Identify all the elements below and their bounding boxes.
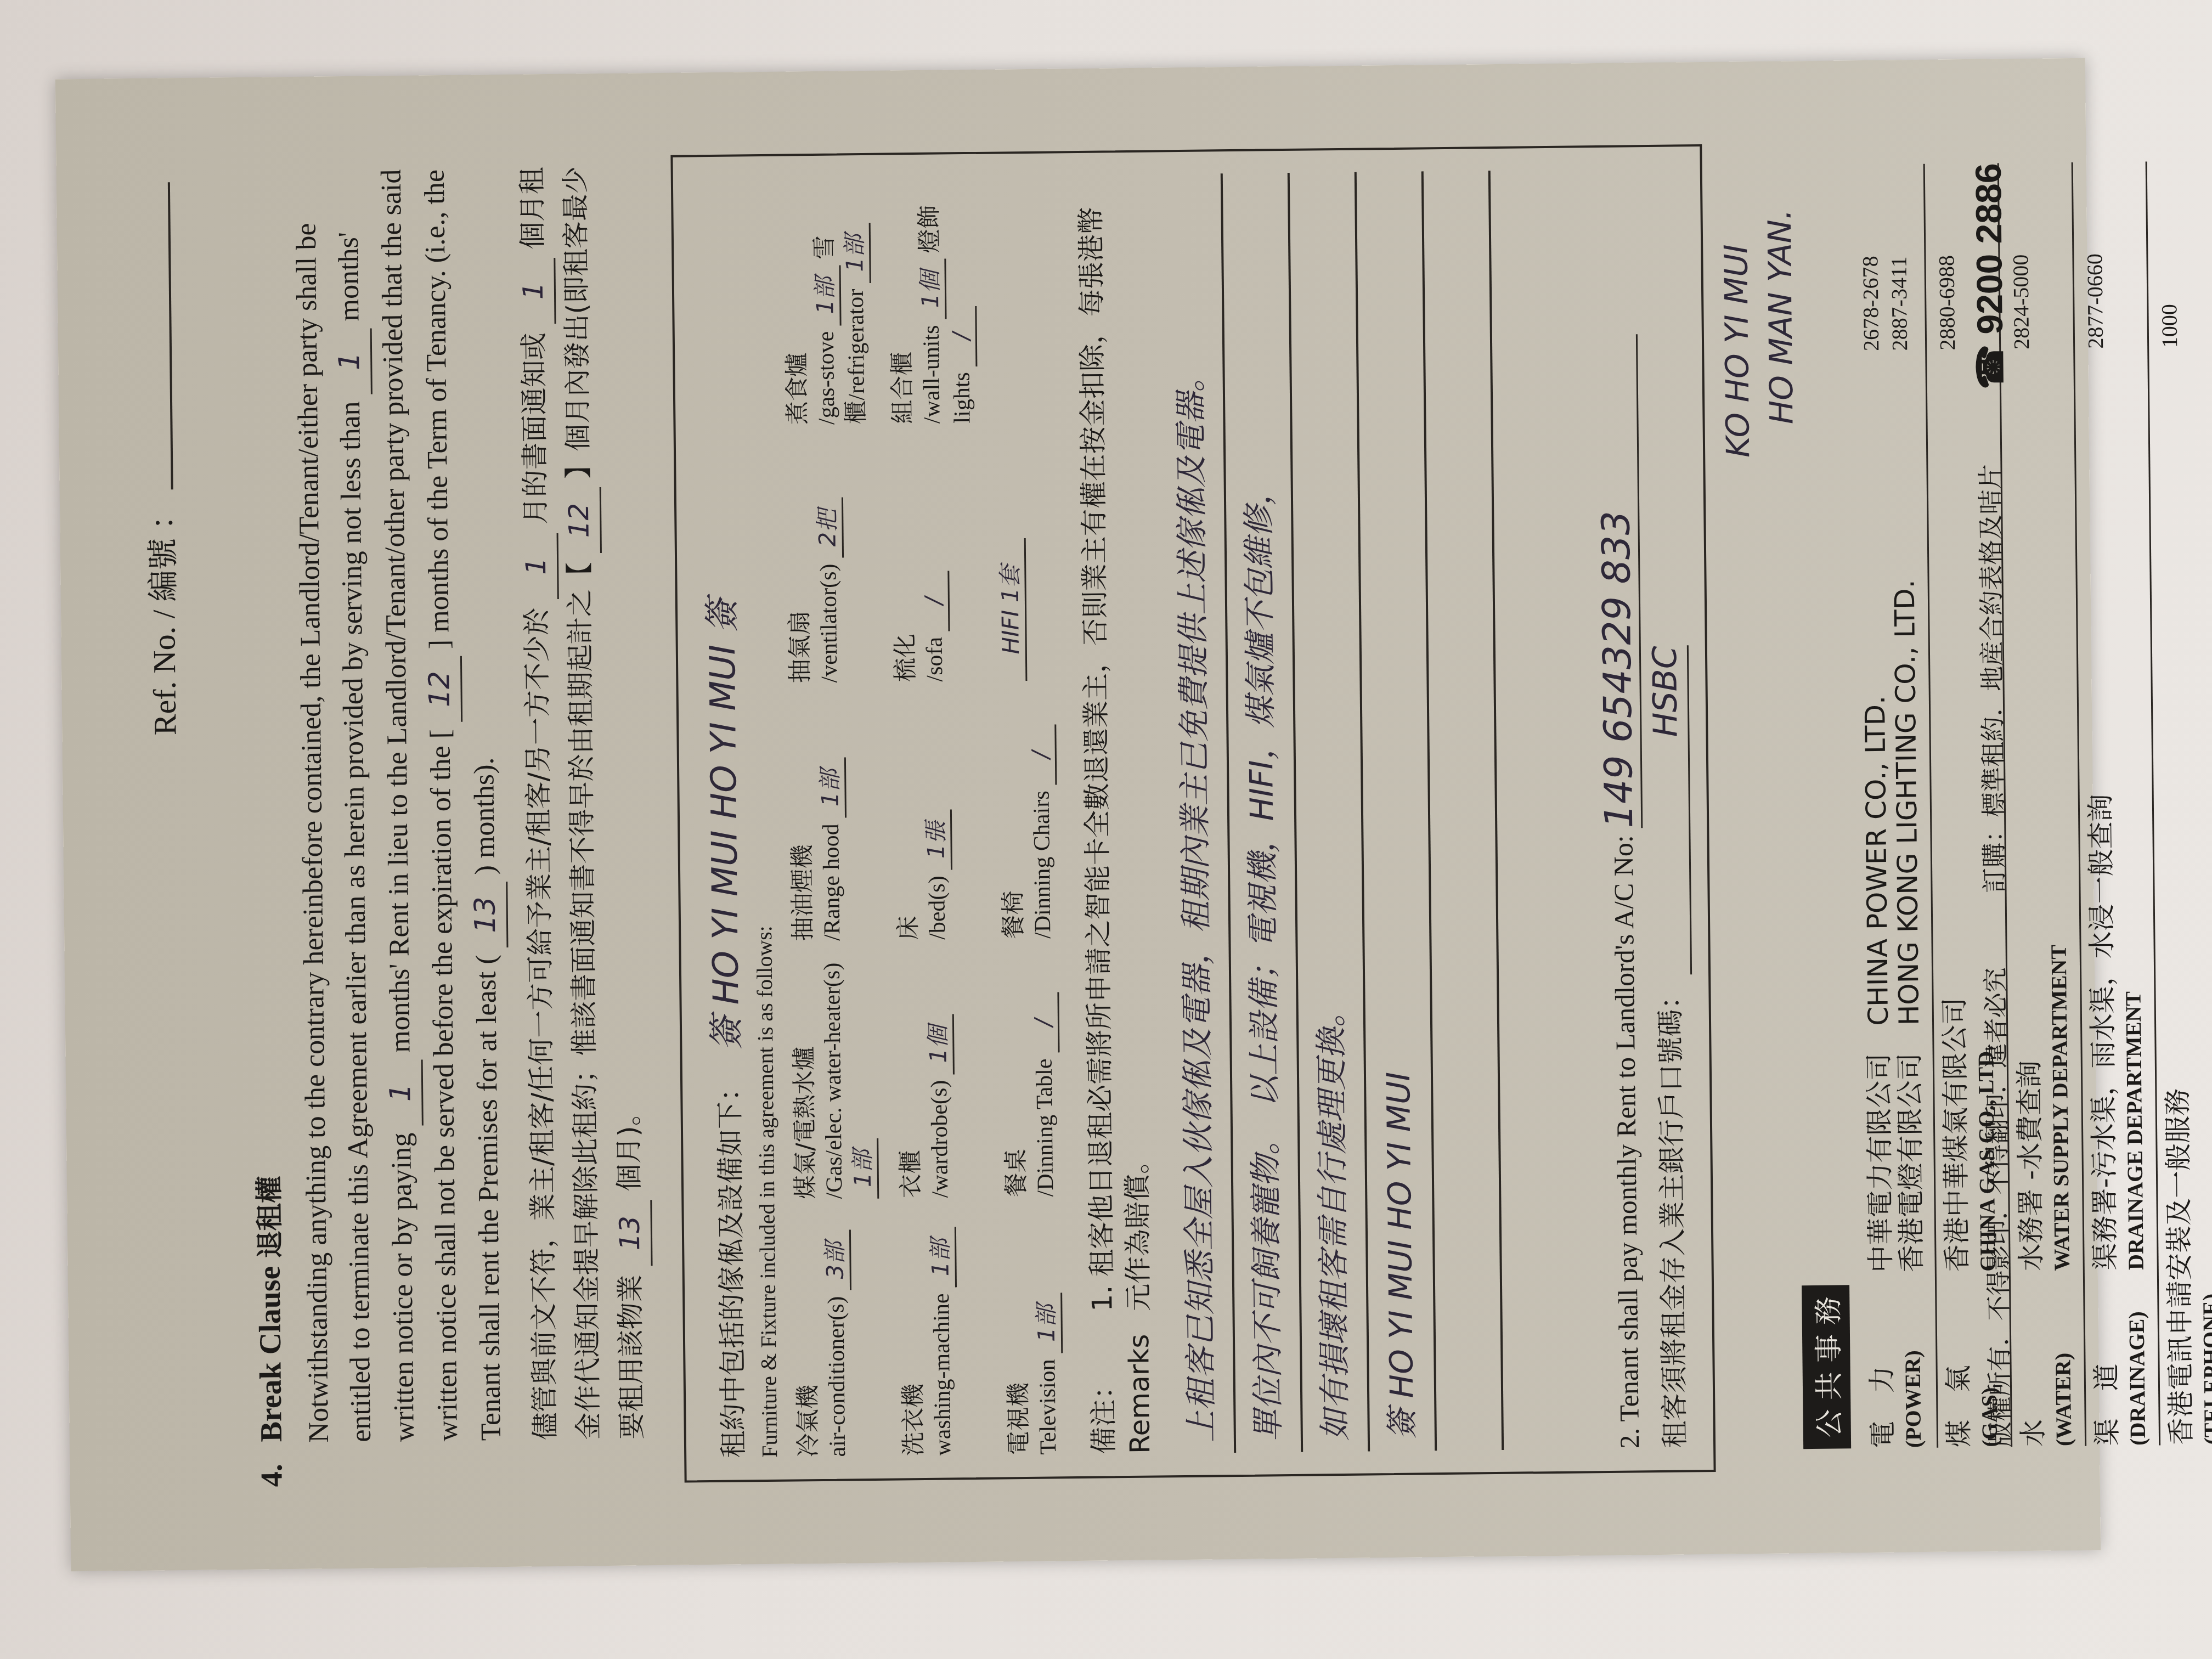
furniture-item: 組合櫃/wall-units 1個 燈飾lights / (887, 176, 978, 424)
item-zh: 餐桌 (1000, 950, 1031, 1197)
furniture-item: HIFI 1套 (995, 433, 1056, 681)
item-en: washing-machine (929, 1293, 956, 1456)
expiration-months-field[interactable]: 12 (419, 656, 462, 723)
category-zh: 渠 道 (2091, 1363, 2124, 1446)
break-clause-en: Notwithstanding anything to the contrary… (285, 157, 513, 1487)
item-en: /Dinning Table (1032, 1058, 1059, 1197)
bank-name-field[interactable]: HSBC (1643, 646, 1692, 975)
item-zh: 煮食爐 (781, 178, 812, 425)
furniture-remarks-box: 租約中包括的傢俬及設備如下： 簽 HO YI MUI HO YI MUI 簽 F… (670, 144, 1716, 1483)
item-en: /Gas/elec. water-heater(s) (820, 963, 848, 1199)
item-zh: 電視機 (1003, 1208, 1034, 1455)
item-qty-field[interactable]: 1部 (816, 758, 847, 819)
item-qty-field[interactable]: 1張 (922, 809, 952, 870)
item-zh: 煤氣/電熱水爐 (789, 952, 821, 1199)
copyright-notice: 版權所有．不得影印．不得翻印．違者必究 (1976, 967, 2023, 1447)
ref-no-field[interactable] (168, 182, 173, 489)
footer-phone: ☎ 9200 2886 (1967, 163, 2012, 390)
remarks-label-zh: 備注： (1087, 1372, 1120, 1454)
item-zh: 梳化 (889, 435, 921, 682)
break-clause: 4.Break Clause 退租權 Notwithstanding anyth… (237, 155, 654, 1487)
furniture-item: 洗衣機washing-machine 1部 (898, 1208, 989, 1456)
ref-no: Ref. No. / 編號 ： (133, 182, 185, 736)
text: ) months). (469, 757, 501, 874)
item-zh: 洗衣機 (898, 1209, 929, 1457)
furniture-title: 租約中包括的傢俬及設備如下： 簽 HO YI MUI HO YI MUI 簽 F… (690, 178, 783, 1458)
item-zh: 衣櫃 (895, 951, 926, 1198)
break-clause-heading: 4.Break Clause 退租權 (237, 159, 293, 1487)
item-en: /wardrobe(s) (927, 1080, 953, 1198)
furniture-title-zh: 租約中包括的傢俬及設備如下： (714, 1074, 749, 1458)
remarks-label: 備注：Remarks (1085, 1333, 1158, 1454)
item-qty-field[interactable]: 1個 (924, 1014, 955, 1075)
item-zh: 組合櫃 (887, 177, 918, 424)
phone-number: 2887-3411 (1886, 256, 1912, 351)
name-line: KO HO YI MUI (1714, 210, 1760, 458)
remarks-label-en: Remarks (1123, 1334, 1156, 1454)
furniture-title-en: Furniture & Fixture included in this agr… (752, 926, 782, 1458)
category-en: (WATER) (2050, 1353, 2076, 1447)
utility-row: 電 力(POWER)中華電力有限公司 CHINA POWER CO., LTD.… (1849, 164, 1938, 1448)
lease-agreement-page: Ref. No. / 編號 ： 4.Break Clause 退租權 Notwi… (55, 58, 2101, 1572)
phone-icon: ☎ (1970, 345, 2011, 390)
phone-number: 2824-5000 (2008, 254, 2034, 349)
item-en: /ventilator(s) (816, 563, 842, 682)
provider: 渠務署-污水渠，雨水渠，水浸一般查詢 (2085, 794, 2121, 1271)
provider: 香港電燈有限公司 HONG KONG LIGHTING CO., LTD. (1889, 579, 1928, 1272)
item-en: Television (1035, 1359, 1061, 1455)
item-zh: 抽氣扇 (784, 436, 815, 683)
item-en: /gas-stove (814, 331, 840, 425)
ref-no-label: Ref. No. / 編號 ： (145, 498, 183, 735)
item-qty-field[interactable]: / (919, 571, 950, 631)
item-zh: 燈飾 (915, 205, 944, 253)
furniture-item: 餐桌/Dinning Table / (1000, 950, 1062, 1198)
category-en: (DRAINAGE) (2124, 1311, 2151, 1446)
remarks-line[interactable] (1424, 171, 1504, 1451)
item-qty-field[interactable]: 1個 (916, 259, 946, 320)
break-clause-zh: 儘管與前文不符，業主/租客/任何一方可給予業主/租客/另一方不少於 1 月的書面… (511, 155, 654, 1484)
item-qty-field[interactable]: / (1029, 992, 1059, 1053)
furniture-item: 電視機Television 1部 (1003, 1207, 1064, 1455)
furniture-item: 床/bed(s) 1張 (892, 692, 984, 940)
zh-min-field[interactable]: 13 (608, 1200, 652, 1266)
min-months-field[interactable]: 13 (464, 882, 508, 948)
remarks: 備注：Remarks 1. 租客他日退租必需將所申請之智能卡全數退還業主，否則業… (1073, 174, 1158, 1454)
text: Notwithstanding anything to the contrary… (291, 223, 377, 1442)
remarks-lines: 上租客已知悉全屋入伙傢俬及電器，租期內業主已免費提供上述傢俬及電器。 單位內不可… (1156, 171, 1504, 1453)
item-en: /Dinning Chairs (1029, 791, 1056, 939)
account-number-field[interactable]: 149 654329 833 (1592, 334, 1643, 828)
item-qty-field[interactable]: 1部 (848, 1138, 879, 1199)
remarks-item-1: 1. 租客他日退租必需將所申請之智能卡全數退還業主，否則業主有權在按金扣除，每張… (1073, 174, 1157, 1312)
remarks-line[interactable]: 單位內不可飼養寵物。 以上設備；電視機，HIFI，煤氣爐不包維修， (1223, 173, 1303, 1453)
item-en: lights (950, 372, 975, 424)
item-en: /wall-units (919, 325, 945, 424)
item-qty-field[interactable]: / (946, 306, 977, 366)
provider: WATER SUPPLY DEPARTMENT (2046, 945, 2074, 1271)
remarks-line[interactable]: 簽 HO YI MUI HO YI MUI (1357, 171, 1437, 1451)
order-info: 訂購：標準租約．地産合約表格及咭片 (1970, 464, 2017, 893)
furniture-signature: 簽 HO YI MUI HO YI MUI 簽 (702, 598, 748, 1051)
furniture-item: 抽油煙機/Range hood 1部 (787, 693, 878, 941)
provider: 香港中華煤氣有限公司 (1939, 997, 1973, 1272)
item-qty-field[interactable]: / (1026, 725, 1057, 786)
remarks-line[interactable]: 上租客已知悉全屋入伙傢俬及電器，租期內業主已免費提供上述傢俬及電器。 (1156, 173, 1236, 1453)
item-qty-field[interactable]: 1部 (810, 265, 841, 326)
category-zh: 電 力 (1866, 1365, 1899, 1448)
item-zh: 冷氣機 (792, 1210, 823, 1458)
furniture-list: 冷氣機air-conditioner(s) 3部 煤氣/電熱水爐/Gas/ele… (781, 175, 1064, 1457)
zh-notice-field[interactable]: 1 (515, 533, 559, 600)
phone-number: 2880-6988 (1934, 255, 1960, 351)
phone-number: 2678-2678 (1858, 256, 1883, 351)
furniture-item: 梳化/sofa / (889, 434, 981, 682)
utilities-title: 公 共 事 務 (1802, 1285, 1851, 1449)
item-zh: 餐椅 (997, 692, 1029, 939)
utility-row: 渠 道(DRAINAGE)渠務署-污水渠，雨水渠，水浸一般查詢DRAINAGE … (2073, 162, 2160, 1446)
furniture-item: 煮食爐/gas-stove 1部 雪櫃/refrigerator 1部 (781, 177, 873, 425)
item-en: air-conditioner(s) (823, 1296, 850, 1457)
item-qty-field[interactable]: 1部 (840, 223, 871, 284)
rent-account: 2. Tenant shall pay monthly Rent to Land… (1590, 168, 1697, 1449)
clause-title-en: Break Clause (253, 1266, 289, 1442)
clause-title-zh: 退租權 (253, 1176, 286, 1259)
phone-number: 2877-0660 (2082, 253, 2108, 349)
account-label-zh: 租客須將租金存入業主銀行戶口號碼： (1654, 981, 1691, 1448)
item-zh: 抽油煙機 (787, 694, 818, 941)
item-extra-field[interactable]: HIFI 1套 (996, 538, 1028, 681)
notice-months-field[interactable]: 1 (329, 328, 373, 394)
zh-expiration-field[interactable]: 12 (558, 487, 602, 554)
pay-months-field[interactable]: 1 (380, 1059, 424, 1126)
phone-number: 1000 (2157, 304, 2182, 348)
provider: DRAINAGE DEPARTMENT (2120, 991, 2148, 1270)
item-qty-field[interactable]: 3部 (821, 1230, 851, 1291)
category-en: (TELEPHONE) (2198, 1294, 2212, 1445)
furniture-item: 冷氣機air-conditioner(s) 3部 (792, 1209, 884, 1457)
item-en: /bed(s) (924, 876, 950, 940)
remarks-line[interactable]: 如有損壞租客需自行處理更換。 (1290, 172, 1370, 1452)
furniture-item: 衣櫃/wardrobe(s) 1個 (895, 950, 986, 1198)
footer-phone-number: 9200 2886 (1968, 163, 2010, 335)
item-en: /refrigerator (843, 289, 870, 400)
clause-number: 4. (255, 1464, 289, 1487)
furniture-item: 餐椅/Dinning Chairs / (997, 691, 1059, 939)
text: 儘管與前文不符，業主/租客/任何一方可給予業主/租客/另一方不少於 (521, 608, 561, 1441)
category-zh: 香港電訊申請安裝及一般服務 (2162, 1088, 2197, 1446)
zh-pay-field[interactable]: 1 (512, 258, 556, 324)
furniture-item: 煤氣/電熱水爐/Gas/elec. water-heater(s) 1部 (789, 951, 881, 1199)
item-zh: 床 (892, 693, 923, 940)
category-en: (POWER) (1900, 1350, 1926, 1448)
item-en: /sofa (922, 637, 948, 682)
category-zh: 煤 氣 (1943, 1365, 1976, 1448)
text: 個月)。 (612, 1098, 645, 1192)
item-en: /Range hood (819, 823, 845, 941)
item-qty-field[interactable]: 2把 (813, 498, 844, 558)
item-qty-field[interactable]: 1部 (926, 1227, 957, 1288)
account-label-en: 2. Tenant shall pay monthly Rent to Land… (1607, 835, 1645, 1449)
text: 月的書面通知或 (518, 332, 552, 525)
item-qty-field[interactable]: 1部 (1032, 1293, 1063, 1353)
furniture-item: 抽氣扇/ventilator(s) 2把 (784, 435, 876, 683)
